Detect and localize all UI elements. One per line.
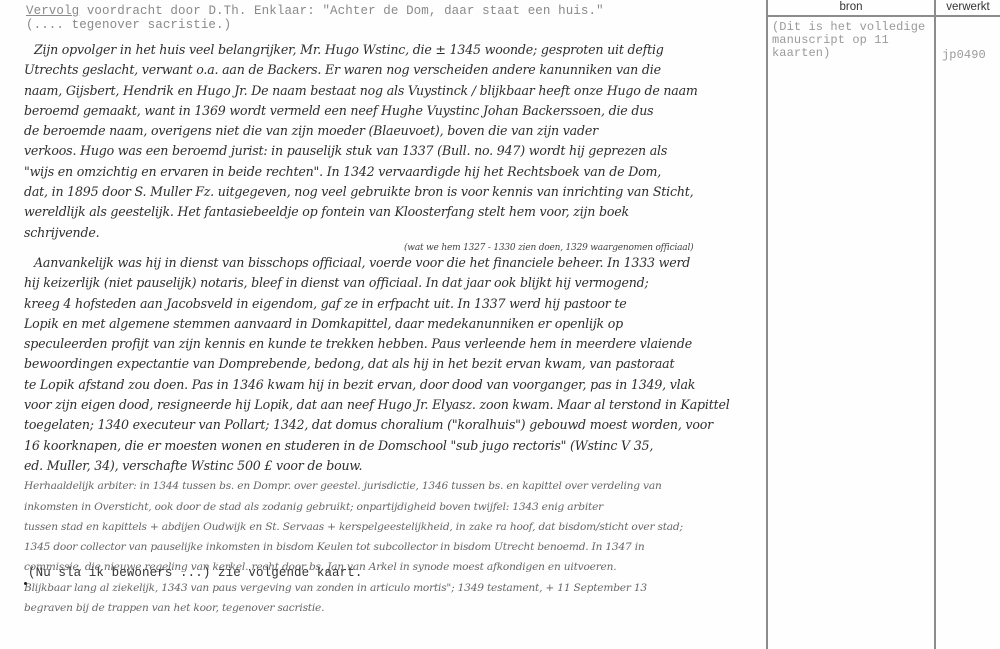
- hand-line: Blijkbaar lang al ziekelijk, 1343 van pa…: [24, 578, 754, 598]
- header-line-2: (.... tegenover sacristie.): [26, 18, 756, 32]
- handwritten-body: Zijn opvolger in het huis veel belangrij…: [24, 40, 754, 618]
- hand-line: wereldlijk als geestelijk. Het fantasieb…: [24, 202, 754, 222]
- hand-line: te Lopik afstand zou doen. Pas in 1346 k…: [24, 375, 754, 395]
- header-line-1: Vervolg voordracht door D.Th. Enklaar: "…: [26, 4, 756, 18]
- hand-line: Herhaaldelijk arbiter: in 1344 tussen bs…: [24, 476, 754, 496]
- verwerkt-cell: jp0490: [942, 48, 986, 62]
- hand-line: 1345 door collector van pauselijke inkom…: [24, 537, 754, 557]
- ink-dot: [24, 582, 27, 585]
- card-header: Vervolg voordracht door D.Th. Enklaar: "…: [26, 4, 756, 32]
- hand-line: 16 koorknapen, die er moesten wonen en s…: [24, 436, 754, 456]
- hand-line: kreeg 4 hofsteden aan Jacobsveld in eige…: [24, 294, 754, 314]
- hand-line: "wijs en omzichtig en ervaren in beide r…: [24, 162, 754, 182]
- hand-line: inkomsten in Oversticht, ook door de sta…: [24, 497, 754, 517]
- column-header-bron: bron: [768, 0, 934, 14]
- hand-line: ed. Muller, 34), verschafte Wstinc 500 £…: [24, 456, 754, 476]
- table-header-rule: [766, 15, 1000, 17]
- hand-line: bewoordingen expectantie van Domprebende…: [24, 354, 754, 374]
- header-vervolg: Vervolg: [26, 4, 79, 18]
- source-table: bron verwerkt (Dit is het volledige manu…: [766, 0, 1000, 649]
- hand-line: dat, in 1895 door S. Muller Fz. uitgegev…: [24, 182, 754, 202]
- hand-note: (wat we hem 1327 - 1330 zien doen, 1329 …: [24, 243, 754, 253]
- table-border-left: [766, 0, 768, 649]
- hand-line: naam, Gijsbert, Hendrik en Hugo Jr. De n…: [24, 81, 754, 101]
- hand-line: voor zijn eigen dood, resigneerde hij Lo…: [24, 395, 754, 415]
- index-card: Vervolg voordracht door D.Th. Enklaar: "…: [0, 0, 1000, 649]
- column-header-verwerkt: verwerkt: [936, 0, 1000, 14]
- bron-cell: (Dit is het volledige manuscript op 11 k…: [772, 21, 932, 60]
- hand-line: speculeerden profijt van zijn kennis en …: [24, 334, 754, 354]
- hand-line: beroemd gemaakt, want in 1369 wordt verm…: [24, 101, 754, 121]
- footer-note: (Nu sla ik bewoners ...) zie volgende ka…: [28, 566, 362, 580]
- hand-line: schrijvende.: [24, 223, 754, 243]
- header-title: voordracht door D.Th. Enklaar: "Achter d…: [79, 4, 603, 18]
- hand-line: Aanvankelijk was hij in dienst van bissc…: [24, 253, 754, 273]
- table-border-middle: [934, 0, 936, 649]
- hand-line: Utrechts geslacht, verwant o.a. aan de B…: [24, 60, 754, 80]
- hand-line: de beroemde naam, overigens niet die van…: [24, 121, 754, 141]
- hand-line: toegelaten; 1340 executeur van Pollart; …: [24, 415, 754, 435]
- hand-line: hij keizerlijk (niet pauselijk) notaris,…: [24, 273, 754, 293]
- hand-line: Zijn opvolger in het huis veel belangrij…: [24, 40, 754, 60]
- hand-line: tussen stad en kapittels + abdijen Oudwi…: [24, 517, 754, 537]
- hand-line: Lopik en met algemene stemmen aanvaard i…: [24, 314, 754, 334]
- hand-line: verkoos. Hugo was een beroemd jurist: in…: [24, 141, 754, 161]
- hand-line: begraven bij de trappen van het koor, te…: [24, 598, 754, 618]
